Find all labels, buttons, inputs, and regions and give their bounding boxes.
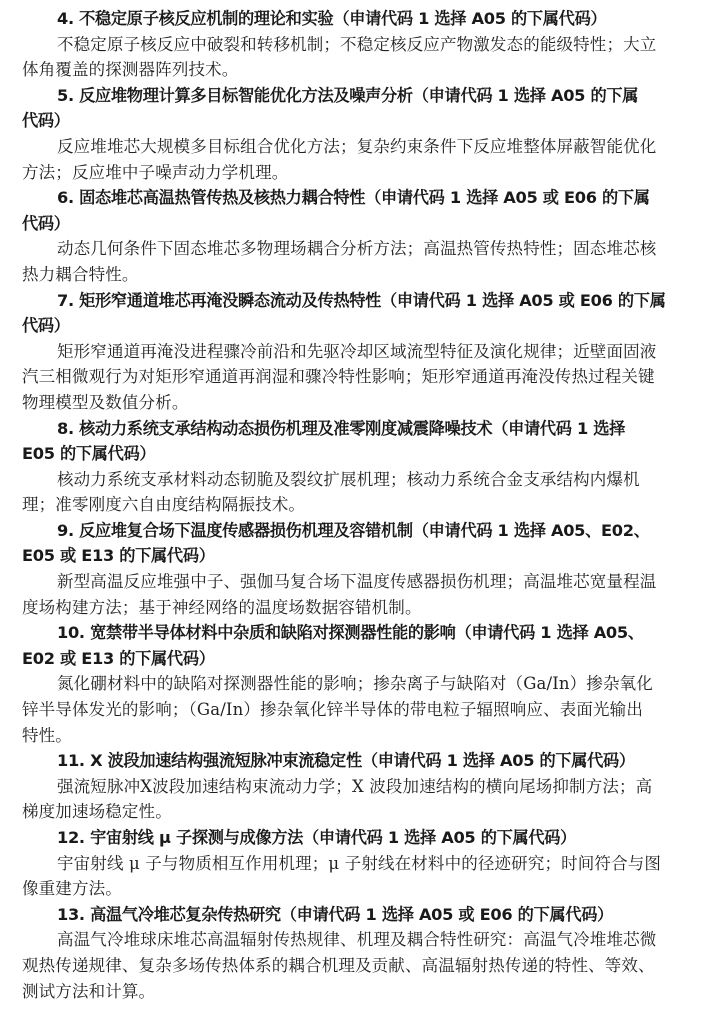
- description-line: 像重建方法。: [22, 876, 698, 902]
- topic-description: 不稳定原子核反应中破裂和转移机制；不稳定核反应产物激发态的能级特性；大立 体角覆…: [22, 32, 698, 83]
- description-line: 梯度加速场稳定性。: [22, 799, 698, 825]
- topic-8: 8. 核动力系统支承结构动态损伤机理及准零刚度减震降噪技术（申请代码 1 选择 …: [22, 416, 698, 518]
- description-line: 氮化硼材料中的缺陷对探测器性能的影响；掺杂离子与缺陷对（Ga/In）掺杂氧化: [22, 671, 698, 697]
- topic-description: 动态几何条件下固态堆芯多物理场耦合分析方法；高温热管传热特性；固态堆芯核 热力耦…: [22, 236, 698, 287]
- description-line: 新型高温反应堆强中子、强伽马复合场下温度传感器损伤机理；高温堆芯宽量程温: [22, 569, 698, 595]
- topic-heading: 8. 核动力系统支承结构动态损伤机理及准零刚度减震降噪技术（申请代码 1 选择 …: [22, 416, 698, 467]
- description-line: 理；准零刚度六自由度结构隔振技术。: [22, 492, 698, 518]
- description-line: 测试方法和计算。: [22, 979, 698, 1005]
- heading-line: 13. 高温气冷堆芯复杂传热研究（申请代码 1 选择 A05 或 E06 的下属…: [22, 902, 698, 928]
- topic-4: 4. 不稳定原子核反应机制的理论和实验（申请代码 1 选择 A05 的下属代码）…: [22, 6, 698, 83]
- document-page: 4. 不稳定原子核反应机制的理论和实验（申请代码 1 选择 A05 的下属代码）…: [0, 0, 698, 1004]
- heading-line: E05 的下属代码）: [22, 441, 698, 467]
- description-line: 反应堆堆芯大规模多目标组合优化方法；复杂约束条件下反应堆整体屏蔽智能优化: [22, 134, 698, 160]
- topic-description: 反应堆堆芯大规模多目标组合优化方法；复杂约束条件下反应堆整体屏蔽智能优化 方法；…: [22, 134, 698, 185]
- heading-line: 11. X 波段加速结构强流短脉冲束流稳定性（申请代码 1 选择 A05 的下属…: [22, 748, 698, 774]
- description-line: 度场构建方法；基于神经网络的温度场数据容错机制。: [22, 595, 698, 621]
- description-line: 方法；反应堆中子噪声动力学机理。: [22, 160, 698, 186]
- topic-heading: 5. 反应堆物理计算多目标智能优化方法及噪声分析（申请代码 1 选择 A05 的…: [22, 83, 698, 134]
- heading-line: 5. 反应堆物理计算多目标智能优化方法及噪声分析（申请代码 1 选择 A05 的…: [22, 83, 698, 109]
- topic-description: 强流短脉冲X波段加速结构束流动力学；X 波段加速结构的横向尾场抑制方法；高 梯度…: [22, 774, 698, 825]
- description-line: 锌半导体发光的影响；（Ga/In）掺杂氧化锌半导体的带电粒子辐照响应、表面光输出: [22, 697, 698, 723]
- topic-10: 10. 宽禁带半导体材料中杂质和缺陷对探测器性能的影响（申请代码 1 选择 A0…: [22, 620, 698, 748]
- heading-line: 7. 矩形窄通道堆芯再淹没瞬态流动及传热特性（申请代码 1 选择 A05 或 E…: [22, 288, 698, 314]
- topic-5: 5. 反应堆物理计算多目标智能优化方法及噪声分析（申请代码 1 选择 A05 的…: [22, 83, 698, 185]
- heading-line: 9. 反应堆复合场下温度传感器损伤机理及容错机制（申请代码 1 选择 A05、E…: [22, 518, 698, 544]
- heading-line: 4. 不稳定原子核反应机制的理论和实验（申请代码 1 选择 A05 的下属代码）: [22, 6, 698, 32]
- topic-7: 7. 矩形窄通道堆芯再淹没瞬态流动及传热特性（申请代码 1 选择 A05 或 E…: [22, 288, 698, 416]
- topic-13: 13. 高温气冷堆芯复杂传热研究（申请代码 1 选择 A05 或 E06 的下属…: [22, 902, 698, 1004]
- topic-12: 12. 宇宙射线 μ 子探测与成像方法（申请代码 1 选择 A05 的下属代码）…: [22, 825, 698, 902]
- topic-9: 9. 反应堆复合场下温度传感器损伤机理及容错机制（申请代码 1 选择 A05、E…: [22, 518, 698, 620]
- topic-6: 6. 固态堆芯高温热管传热及核热力耦合特性（申请代码 1 选择 A05 或 E0…: [22, 185, 698, 287]
- heading-line: 10. 宽禁带半导体材料中杂质和缺陷对探测器性能的影响（申请代码 1 选择 A0…: [22, 620, 698, 646]
- description-line: 不稳定原子核反应中破裂和转移机制；不稳定核反应产物激发态的能级特性；大立: [22, 32, 698, 58]
- topic-heading: 7. 矩形窄通道堆芯再淹没瞬态流动及传热特性（申请代码 1 选择 A05 或 E…: [22, 288, 698, 339]
- description-line: 动态几何条件下固态堆芯多物理场耦合分析方法；高温热管传热特性；固态堆芯核: [22, 236, 698, 262]
- topic-11: 11. X 波段加速结构强流短脉冲束流稳定性（申请代码 1 选择 A05 的下属…: [22, 748, 698, 825]
- description-line: 热力耦合特性。: [22, 262, 698, 288]
- topic-description: 核动力系统支承材料动态韧脆及裂纹扩展机理；核动力系统合金支承结构内爆机 理；准零…: [22, 467, 698, 518]
- description-line: 高温气冷堆球床堆芯高温辐射传热规律、机理及耦合特性研究：高温气冷堆堆芯微: [22, 927, 698, 953]
- description-line: 观热传递规律、复杂多场传热体系的耦合机理及贡献、高温辐射热传递的特性、等效、: [22, 953, 698, 979]
- heading-line: 8. 核动力系统支承结构动态损伤机理及准零刚度减震降噪技术（申请代码 1 选择: [22, 416, 698, 442]
- description-line: 核动力系统支承材料动态韧脆及裂纹扩展机理；核动力系统合金支承结构内爆机: [22, 467, 698, 493]
- description-line: 宇宙射线 μ 子与物质相互作用机理；μ 子射线在材料中的径迹研究；时间符合与图: [22, 851, 698, 877]
- description-line: 特性。: [22, 723, 698, 749]
- heading-line: E02 或 E13 的下属代码）: [22, 646, 698, 672]
- heading-line: 代码）: [22, 211, 698, 237]
- description-line: 物理模型及数值分析。: [22, 390, 698, 416]
- topic-heading: 9. 反应堆复合场下温度传感器损伤机理及容错机制（申请代码 1 选择 A05、E…: [22, 518, 698, 569]
- topic-heading: 10. 宽禁带半导体材料中杂质和缺陷对探测器性能的影响（申请代码 1 选择 A0…: [22, 620, 698, 671]
- topic-description: 矩形窄通道再淹没进程骤冷前沿和先驱冷却区域流型特征及演化规律；近壁面固液 汽三相…: [22, 339, 698, 416]
- heading-line: E05 或 E13 的下属代码）: [22, 543, 698, 569]
- description-line: 矩形窄通道再淹没进程骤冷前沿和先驱冷却区域流型特征及演化规律；近壁面固液: [22, 339, 698, 365]
- topic-heading: 6. 固态堆芯高温热管传热及核热力耦合特性（申请代码 1 选择 A05 或 E0…: [22, 185, 698, 236]
- topic-heading: 12. 宇宙射线 μ 子探测与成像方法（申请代码 1 选择 A05 的下属代码）: [22, 825, 698, 851]
- heading-line: 6. 固态堆芯高温热管传热及核热力耦合特性（申请代码 1 选择 A05 或 E0…: [22, 185, 698, 211]
- description-line: 强流短脉冲X波段加速结构束流动力学；X 波段加速结构的横向尾场抑制方法；高: [22, 774, 698, 800]
- heading-line: 12. 宇宙射线 μ 子探测与成像方法（申请代码 1 选择 A05 的下属代码）: [22, 825, 698, 851]
- topic-description: 高温气冷堆球床堆芯高温辐射传热规律、机理及耦合特性研究：高温气冷堆堆芯微 观热传…: [22, 927, 698, 1004]
- topic-heading: 13. 高温气冷堆芯复杂传热研究（申请代码 1 选择 A05 或 E06 的下属…: [22, 902, 698, 928]
- topic-heading: 4. 不稳定原子核反应机制的理论和实验（申请代码 1 选择 A05 的下属代码）: [22, 6, 698, 32]
- topic-description: 氮化硼材料中的缺陷对探测器性能的影响；掺杂离子与缺陷对（Ga/In）掺杂氧化 锌…: [22, 671, 698, 748]
- heading-line: 代码）: [22, 108, 698, 134]
- topic-description: 新型高温反应堆强中子、强伽马复合场下温度传感器损伤机理；高温堆芯宽量程温 度场构…: [22, 569, 698, 620]
- topic-heading: 11. X 波段加速结构强流短脉冲束流稳定性（申请代码 1 选择 A05 的下属…: [22, 748, 698, 774]
- topic-description: 宇宙射线 μ 子与物质相互作用机理；μ 子射线在材料中的径迹研究；时间符合与图 …: [22, 851, 698, 902]
- heading-line: 代码）: [22, 313, 698, 339]
- description-line: 汽三相微观行为对矩形窄通道再润湿和骤冷特性影响；矩形窄通道再淹没传热过程关键: [22, 364, 698, 390]
- description-line: 体角覆盖的探测器阵列技术。: [22, 57, 698, 83]
